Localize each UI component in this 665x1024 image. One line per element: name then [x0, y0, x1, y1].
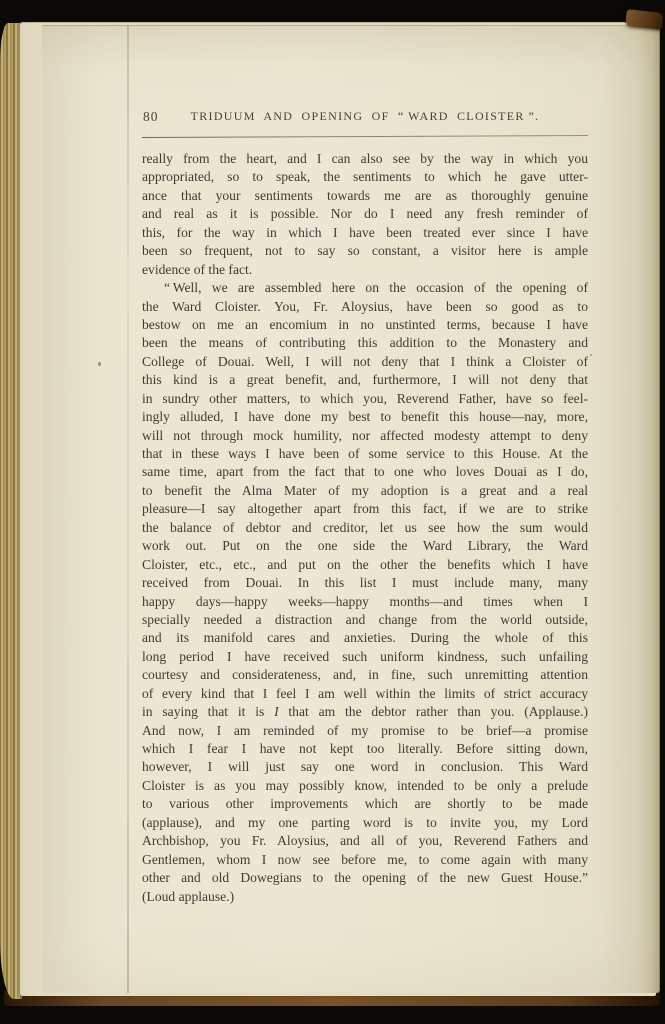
text-line: to various other improvements which are …: [142, 795, 588, 813]
text-line: received from Douai. In this list I must…: [142, 574, 588, 592]
text-line: the Ward Cloister. You, Fr. Aloysius, ha…: [142, 298, 588, 316]
text-line: this, for the way in which I have been t…: [142, 224, 588, 242]
header-rule: [142, 135, 588, 138]
text-line: really from the heart, and I can also se…: [142, 150, 588, 168]
text-line: appropriated, so to speak, the sentiment…: [142, 168, 588, 186]
text-line: “ Well, we are assembled here on the occ…: [142, 279, 588, 297]
text-line: and real as it is possible. Nor do I nee…: [142, 205, 588, 223]
page-crease: [127, 25, 129, 993]
page-number: 80: [143, 109, 159, 125]
book-page: 80 TRIDUUM AND OPENING OF “ WARD CLOISTE…: [42, 25, 660, 993]
text-line: happy days—happy weeks—happy months—and …: [142, 593, 588, 611]
page-body: really from the heart, and I can also se…: [142, 150, 588, 906]
text-line: College of Douai. Well, I will not deny …: [142, 353, 588, 371]
text-line: been the means of contributing this addi…: [142, 334, 588, 352]
text-line: (Loud applause.): [142, 888, 588, 906]
text-line: will not through mock humility, nor affe…: [142, 427, 588, 445]
ink-speck: [98, 362, 101, 366]
text-line: other and old Dowegians to the opening o…: [142, 869, 588, 887]
text-line: in saying that it is I that am the debto…: [142, 703, 588, 721]
page-edges-stack: [0, 23, 22, 999]
text-line: the balance of debtor and creditor, let …: [142, 519, 588, 537]
running-header: TRIDUUM AND OPENING OF “ WARD CLOISTER ”…: [142, 106, 588, 124]
text-line: work out. Put on the one side the Ward L…: [142, 537, 588, 555]
text-line: of every kind that I feel I am well with…: [142, 685, 588, 703]
text-line: to benefit the Alma Mater of my adoption…: [142, 482, 588, 500]
text-line: evidence of the fact.: [142, 261, 588, 279]
text-line: Cloister, etc., etc., and put on the oth…: [142, 556, 588, 574]
text-line: specially needed a distraction and chang…: [142, 611, 588, 629]
text-line: ingly alluded, I have done my best to be…: [142, 408, 588, 426]
text-line: Gentlemen, whom I now see before me, to …: [142, 851, 588, 869]
text-line: however, I will just say one word in con…: [142, 758, 588, 776]
paragraph: really from the heart, and I can also se…: [142, 150, 588, 279]
text-line: been so frequent, not to say so constant…: [142, 242, 588, 260]
book-scan: 80 TRIDUUM AND OPENING OF “ WARD CLOISTE…: [0, 0, 665, 1024]
text-line: long period I have received such uniform…: [142, 648, 588, 666]
text-line: same time, apart from the fact that to o…: [142, 463, 588, 481]
text-line: in sundry other matters, to which you, R…: [142, 390, 588, 408]
text-line: Cloister is as you may possibly know, in…: [142, 777, 588, 795]
text-line: this kind is a great benefit, and, furth…: [142, 371, 588, 389]
text-line: and its manifold cares and anxieties. Du…: [142, 629, 588, 647]
paragraph: “ Well, we are assembled here on the occ…: [142, 279, 588, 906]
text-column: 80 TRIDUUM AND OPENING OF “ WARD CLOISTE…: [142, 106, 588, 906]
text-line: which I fear I have not kept too literal…: [142, 740, 588, 758]
text-line: bestow on me an encomium in no unstinted…: [142, 316, 588, 334]
text-line: Archbishop, you Fr. Aloysius, and all of…: [142, 832, 588, 850]
text-line: ance that your sentiments towards me are…: [142, 187, 588, 205]
page-header: 80 TRIDUUM AND OPENING OF “ WARD CLOISTE…: [142, 106, 588, 128]
text-line: And now, I am reminded of my promise to …: [142, 722, 588, 740]
text-line: courtesy and considerateness, and, in fi…: [142, 666, 588, 684]
ink-speck: [590, 354, 592, 356]
text-line: (applause), and my one parting word is t…: [142, 814, 588, 832]
text-line: pleasure—I say altogether apart from thi…: [142, 500, 588, 518]
text-line: that in these ways I have been of some s…: [142, 445, 588, 463]
